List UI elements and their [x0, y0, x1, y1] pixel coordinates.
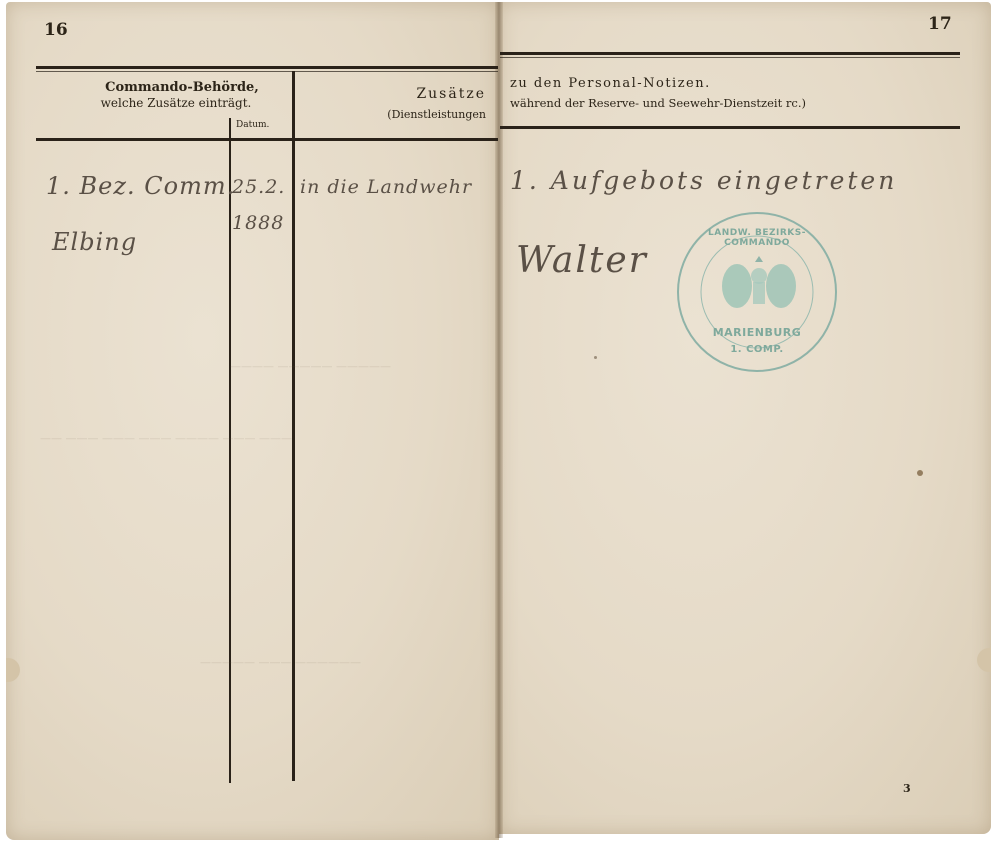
stamp-sub-text: 1. COMP.: [679, 344, 835, 355]
col-zusaetze-title: Zusätze: [300, 86, 486, 102]
date-column-divider: [229, 118, 231, 783]
stamp-top-text: LANDW. BEZIRKS-COMMANDO: [679, 228, 835, 248]
right-header-subtitle: während der Reserve- und Seewehr-Dienstz…: [510, 96, 806, 110]
signature-mark: 3: [903, 782, 911, 795]
entry-authority-line2: Elbing: [52, 228, 137, 256]
official-stamp: LANDW. BEZIRKS-COMMANDO MARIENBURG 1. CO…: [677, 212, 837, 372]
bleed-through-text: —— ——— ——— ——— ———— ——— ———: [40, 432, 292, 445]
page-number-right: 17: [928, 14, 952, 34]
header-top-rule-right: [500, 52, 960, 55]
zusaetze-column-divider: [292, 71, 295, 781]
entry-authority-line1: 1. Bez. Comm.: [46, 172, 235, 200]
right-header-title: zu den Personal-Notizen.: [510, 76, 711, 91]
eagle-emblem-icon: [719, 256, 799, 316]
header-bottom-rule-left: [36, 138, 498, 141]
entry-date-line2: 1888: [232, 212, 284, 234]
bleed-through-text: ————— ——— ——————: [200, 656, 361, 669]
entry-signature: Walter: [516, 240, 648, 281]
bleed-through-text: ———— ————— —————: [230, 360, 391, 373]
paper-spot: [917, 470, 923, 476]
page-number-left: 16: [44, 20, 68, 40]
paper-spot: [594, 356, 597, 359]
entry-date-line1: 25.2.: [232, 176, 285, 198]
stamp-bottom-text: MARIENBURG: [679, 326, 835, 339]
header-bottom-rule-right: [500, 126, 960, 129]
header-top-rule-left-thin: [36, 71, 498, 72]
col-authority-title: Commando-Behörde,: [82, 80, 282, 95]
header-top-rule-left: [36, 66, 498, 69]
entry-note-left: in die Landwehr: [300, 176, 472, 198]
header-top-rule-right-thin: [500, 57, 960, 58]
col-authority-subtitle: welche Zusätze einträgt.: [66, 96, 286, 110]
col-zusaetze-subtitle: (Dienstleistungen: [300, 108, 486, 121]
col-date-label: Datum.: [236, 120, 269, 130]
entry-note-right: 1. Aufgebots eingetreten: [510, 166, 897, 195]
